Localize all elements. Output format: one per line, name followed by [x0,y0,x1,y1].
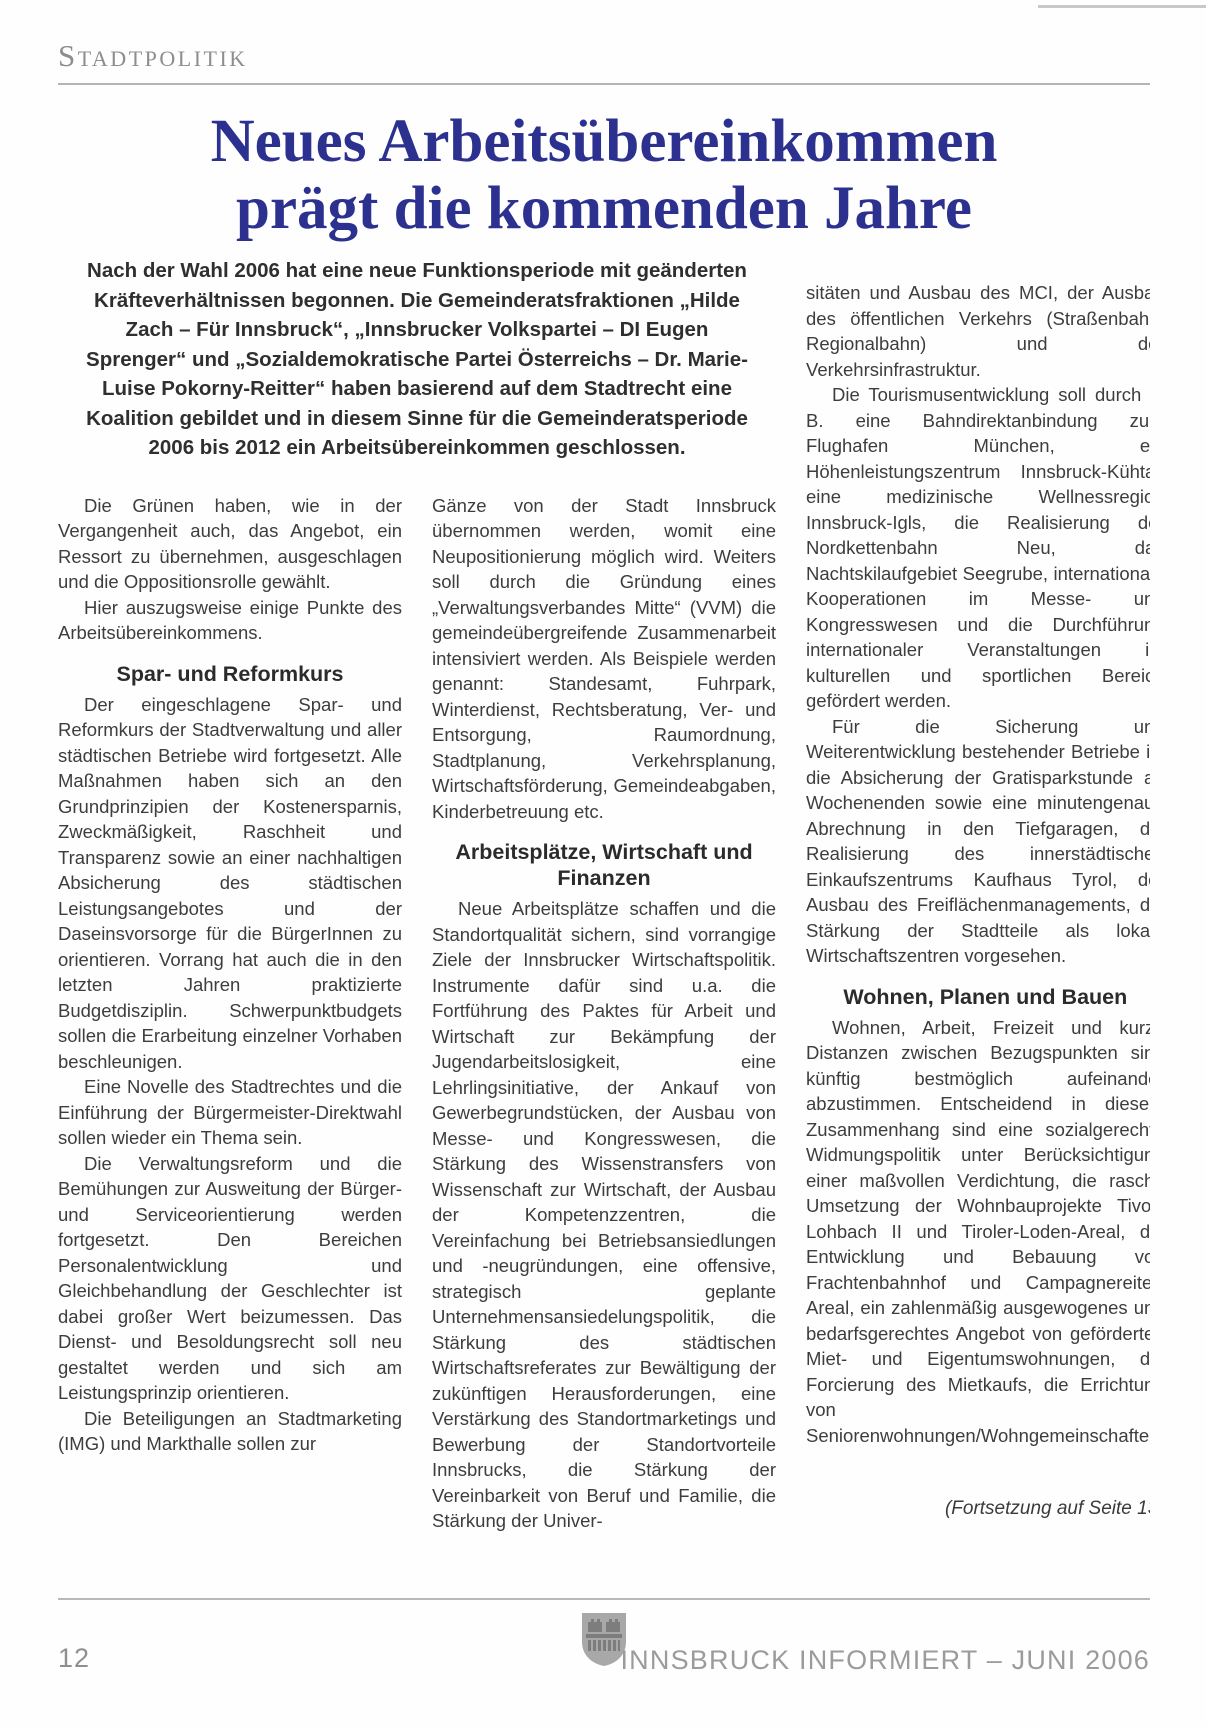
paragraph: Der eingeschlagene Spar- und Reformkurs … [58,692,402,1075]
paragraph: sitäten und Ausbau des MCI, der Ausbau d… [806,280,1150,382]
left-zone: Nach der Wahl 2006 hat eine neue Funktio… [58,252,776,1534]
page-number: 12 [58,1643,90,1674]
subheading-arbeitsplaetze-wirtschaft-und-finanzen: Arbeitsplätze, Wirtschaft und Finanzen [432,839,776,891]
paragraph: Die Grünen haben, wie in der Vergangenhe… [58,493,402,595]
article-body: Nach der Wahl 2006 hat eine neue Funktio… [58,252,1150,1534]
column-3: sitäten und Ausbau des MCI, der Ausbau d… [806,252,1150,1534]
title-line-2: prägt die kommenden Jahre [236,175,972,242]
column-2: Gänze von der Stadt Innsbruck übernommen… [432,493,776,1534]
paragraph: Gänze von der Stadt Innsbruck übernommen… [432,493,776,825]
paragraph: Die Beteiligungen an Stadtmarketing (IMG… [58,1406,402,1457]
paragraph: Hier auszugsweise einige Punkte des Arbe… [58,595,402,646]
magazine-page: Stadtpolitik Neues Arbeitsübereinkommen … [0,0,1206,1727]
title-line-1: Neues Arbeitsübereinkommen [211,108,998,175]
footer-row: 12 [58,1600,1150,1692]
section-label: Stadtpolitik [58,0,1150,74]
article-title: Neues Arbeitsübereinkommen prägt die kom… [58,108,1150,242]
subheading-spar-und-reformkurs: Spar- und Reformkurs [58,661,402,687]
header-rule [58,83,1150,85]
paragraph: Wohnen, Arbeit, Freizeit und kurze Dista… [806,1015,1150,1449]
paragraph: Neue Arbeitsplätze schaffen und die Stan… [432,896,776,1534]
scan-edge-line [1038,5,1206,8]
continuation-note: (Fortsetzung auf Seite 13) [806,1496,1150,1522]
subheading-wohnen-planen-und-bauen: Wohnen, Planen und Bauen [806,984,1150,1010]
paragraph: Eine Novelle des Stadtrechtes und die Ei… [58,1074,402,1151]
column-1: Die Grünen haben, wie in der Vergangenhe… [58,493,402,1534]
magazine-title: INNSBRUCK INFORMIERT – JUNI 2006 [620,1645,1150,1676]
paragraph: Die Verwaltungsreform und die Bemühungen… [58,1151,402,1406]
paragraph: Die Tourismusentwicklung soll durch z. B… [806,382,1150,714]
paragraph: Für die Sicherung und Weiterentwicklung … [806,714,1150,969]
page-footer: 12 [58,1598,1150,1692]
article-intro: Nach der Wahl 2006 hat eine neue Funktio… [86,256,748,463]
columns-1-2: Die Grünen haben, wie in der Vergangenhe… [58,493,776,1534]
